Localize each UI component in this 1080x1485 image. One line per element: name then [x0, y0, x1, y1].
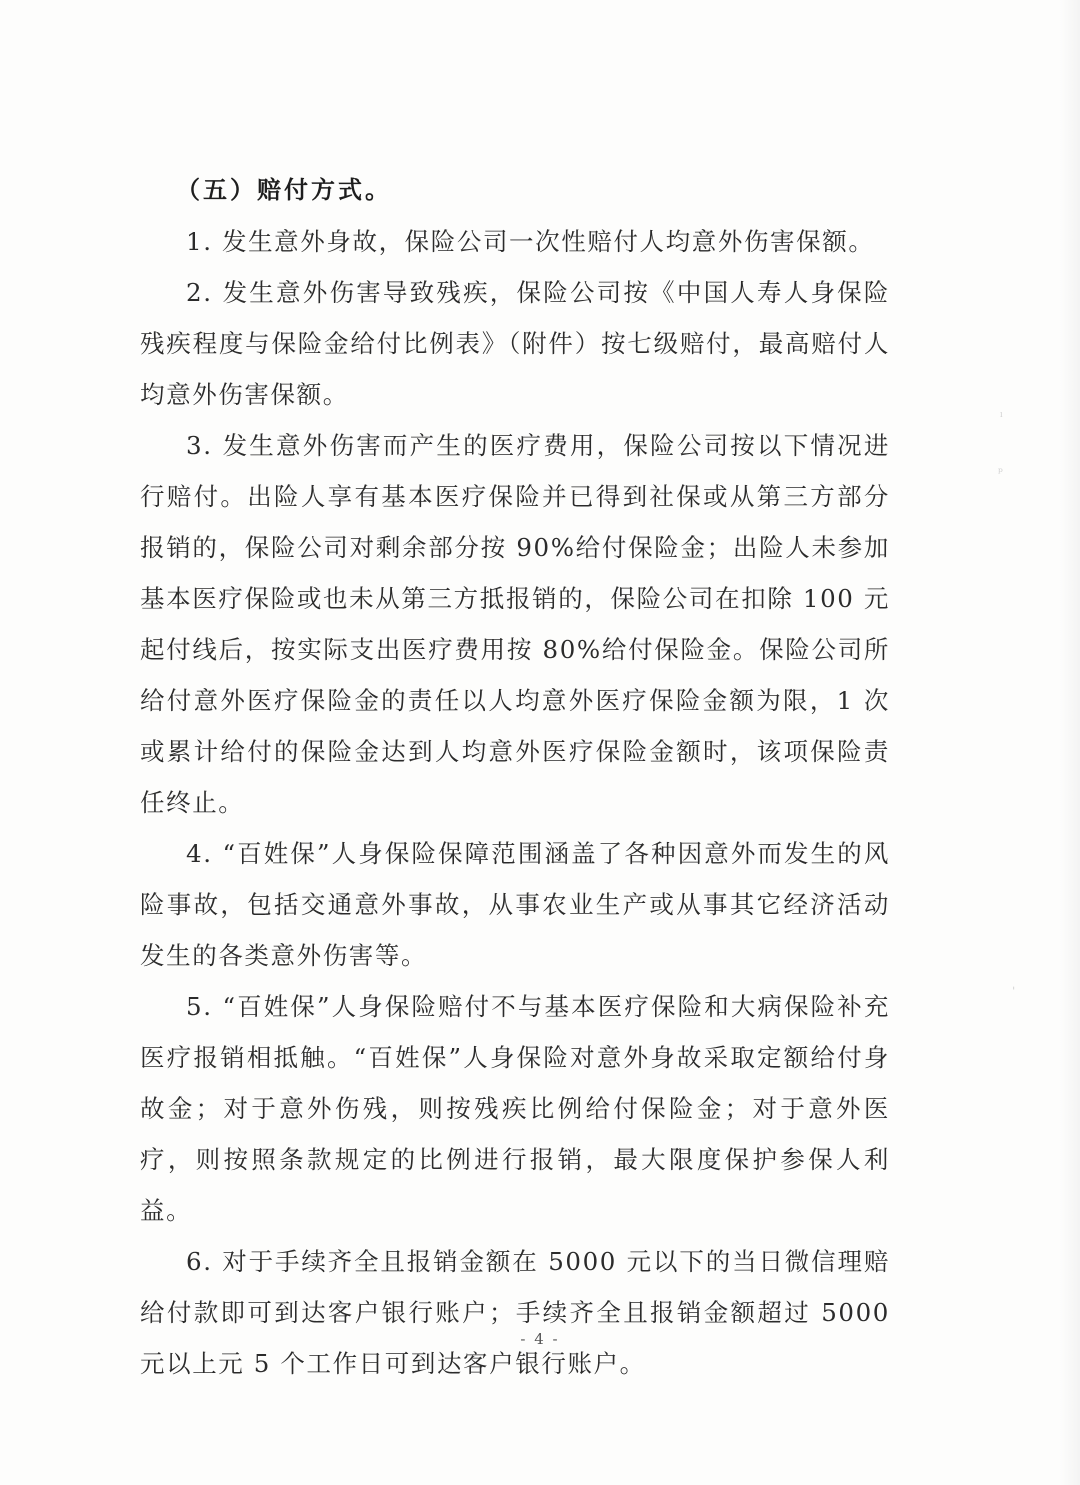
scan-artifact: ˈ — [1012, 985, 1015, 999]
paragraph-6: 6. 对于手续齐全且报销金额在 5000 元以下的当日微信理赔给付款即可到达客户… — [140, 1236, 890, 1389]
document-body: （五）赔付方式。 1. 发生意外身故，保险公司一次性赔付人均意外伤害保额。 2.… — [140, 165, 890, 1389]
section-heading: （五）赔付方式。 — [176, 165, 890, 216]
paragraph-5: 5. “百姓保”人身保险赔付不与基本医疗保险和大病保险补充医疗报销相抵触。“百姓… — [140, 981, 890, 1236]
scan-artifact: ˡ — [1000, 410, 1003, 424]
paragraph-1: 1. 发生意外身故，保险公司一次性赔付人均意外伤害保额。 — [140, 216, 890, 267]
paragraph-4: 4. “百姓保”人身保险保障范围涵盖了各种因意外而发生的风险事故，包括交通意外事… — [140, 828, 890, 981]
page-number: - 4 - — [0, 1330, 1080, 1348]
paragraph-3: 3. 发生意外伤害而产生的医疗费用，保险公司按以下情况进行赔付。出险人享有基本医… — [140, 420, 890, 828]
scan-edge-shadow — [1060, 0, 1080, 1485]
paragraph-2: 2. 发生意外伤害导致残疾，保险公司按《中国人寿人身保险残疾程度与保险金给付比例… — [140, 267, 890, 420]
scan-artifact: ᵖ — [998, 465, 1003, 479]
